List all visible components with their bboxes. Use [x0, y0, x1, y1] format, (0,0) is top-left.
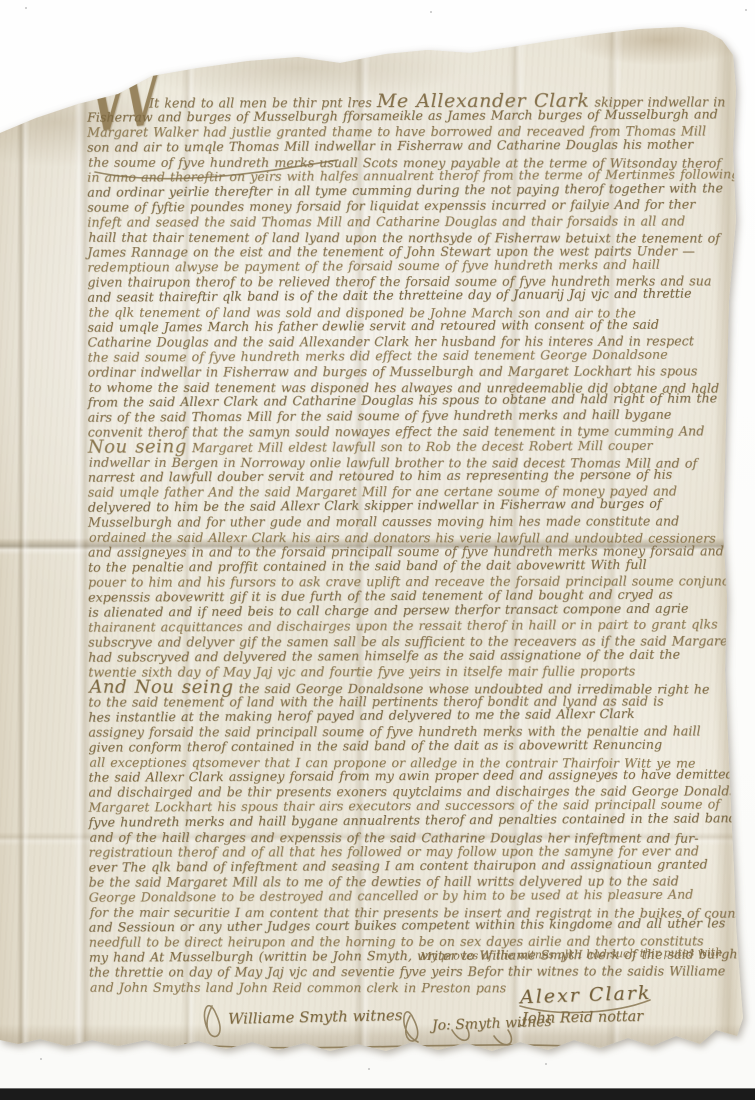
manuscript-line: said umqle James March his father dewlie…: [88, 316, 733, 334]
manuscript-line: the said soume of fyve hundreth merks di…: [88, 346, 733, 364]
manuscript-line: ordinar indwellar in Fisherraw and burge…: [88, 363, 733, 379]
manuscript-line: fyve hundreth merks and haill bygane ann…: [89, 810, 734, 830]
manuscript-line: narrest and lawfull douber servit and re…: [88, 466, 733, 484]
manuscript-line: the threttie on day of May Jaj vjc and s…: [89, 963, 734, 979]
left-signature-flourish: [204, 1006, 220, 1037]
manuscript-line: the said Allexr Clark assigney forsaid f…: [88, 766, 733, 784]
dust-speck: [545, 1063, 547, 1065]
dust-speck: [368, 1068, 370, 1070]
small-loop-flourish-2: [494, 1030, 511, 1045]
manuscript-line: given conform therof contained in the sa…: [88, 736, 733, 754]
dust-speck: [745, 9, 747, 11]
manuscript-text: It kend to all men be thir pnt lres Me A…: [87, 93, 734, 994]
manuscript-line: soume of fyftie poundes money forsaid fo…: [87, 196, 732, 214]
signature-john-reid-notary: John Reid nottar: [522, 1009, 643, 1027]
manuscript-line: haill that thair tenement of land lyand …: [88, 230, 733, 246]
manuscript-line: to the penaltie and proffit contained in…: [88, 556, 733, 574]
manuscript-line: George Donaldsone to be destroyed and ca…: [89, 886, 734, 904]
manuscript-line: Nou seing Margaret Mill eldest lawfull s…: [88, 436, 733, 454]
dust-speck: [25, 7, 27, 9]
signature-alex-clark: Alexr Clark: [520, 982, 652, 1009]
manuscript-line-lead: And Nou seing: [89, 677, 233, 698]
manuscript-line: And Nou seing the said George Donaldsone…: [89, 680, 734, 696]
manuscript-line: Musselburgh and for uther gude and moral…: [88, 513, 733, 529]
manuscript-line: hes instantlie at the making herof payed…: [88, 705, 733, 725]
manuscript-line: delyvered to him be the said Allexr Clar…: [88, 495, 733, 515]
mid-monogram-flourish: [404, 1012, 418, 1042]
manuscript-line: thairanent acquittances and dischairges …: [88, 616, 733, 634]
manuscript-line: redemptioun alwyse be payment of the for…: [87, 256, 732, 274]
manuscript-line: and seasit thaireftir qlk band is of the…: [87, 285, 732, 305]
manuscript-paper: W It kend to all men be thir pnt lres Me…: [0, 0, 755, 1100]
signature-william-smyth: Williame Smyth witnes: [228, 1006, 403, 1028]
manuscript-line: ordained the said Allexr Clark his airs …: [89, 530, 734, 546]
scanned-manuscript-page: W It kend to all men be thir pnt lres Me…: [0, 0, 755, 1100]
dust-speck: [40, 1058, 42, 1060]
manuscript-line: had subscryved and delyvered the samen h…: [88, 646, 733, 664]
scanner-edge-bar: [0, 1088, 755, 1100]
signature-underline-sweep: [185, 1044, 588, 1048]
dust-speck: [430, 11, 432, 13]
paper-shadow-wrap: W It kend to all men be thir pnt lres Me…: [0, 0, 755, 1100]
manuscript-line: airs of the said Thomas Mill for the sai…: [88, 406, 733, 424]
manuscript-line: Fisherraw and burges of Musselburgh ffor…: [87, 106, 732, 124]
manuscript-line: and Sessioun or any uther Judges court b…: [89, 915, 734, 935]
manuscript-line: ever The qlk band of infeftment and seas…: [89, 856, 734, 874]
manuscript-line: son and air to umqle Thomas Mill indwell…: [87, 136, 732, 154]
manuscript-line: and of the haill charges and expenssis o…: [90, 830, 735, 846]
manuscript-line: infeft and seased the said Thomas Mill a…: [87, 213, 732, 229]
